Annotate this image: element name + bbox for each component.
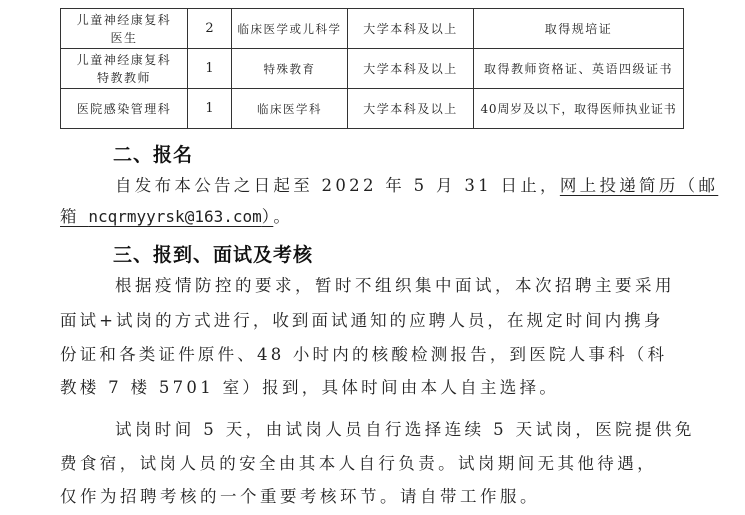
cell-position: 儿童神经康复科特教教师 — [61, 49, 188, 89]
registration-period: 。 — [273, 207, 293, 226]
email-link[interactable]: 箱 ncqrmyyrsk@163.com） — [60, 207, 273, 226]
cell-education: 大学本科及以上 — [348, 89, 474, 129]
interview-para2-line3: 仅作为招聘考核的一个重要考核环节。请自带工作服。 — [60, 486, 540, 508]
position-line: 儿童神经康复科 — [77, 53, 172, 67]
cell-position: 医院感染管理科 — [61, 89, 188, 129]
email-prefix: 箱 — [60, 207, 88, 226]
cell-education: 大学本科及以上 — [348, 49, 474, 89]
interview-para1-line4: 教楼 7 楼 5701 室）报到，具体时间由本人自主选择。 — [60, 377, 559, 399]
cell-requirement: 取得教师资格证、英语四级证书 — [474, 49, 684, 89]
cell-major: 临床医学或儿科学 — [232, 9, 348, 49]
document-page: 儿童神经康复科医生 2 临床医学或儿科学 大学本科及以上 取得规培证 儿童神经康… — [0, 0, 745, 515]
email-address: ncqrmyyrsk@163.com — [88, 207, 261, 226]
position-line: 特教教师 — [97, 71, 151, 85]
cell-education: 大学本科及以上 — [348, 9, 474, 49]
interview-para2-line1: 试岗时间 5 天，由试岗人员自行选择连续 5 天试岗，医院提供免 — [115, 419, 695, 441]
table-row: 儿童神经康复科医生 2 临床医学或儿科学 大学本科及以上 取得规培证 — [61, 9, 684, 49]
registration-text: 自发布本公告之日起至 2022 年 5 月 31 日止， — [115, 176, 560, 195]
email-close-paren: ） — [262, 207, 274, 226]
recruitment-table: 儿童神经康复科医生 2 临床医学或儿科学 大学本科及以上 取得规培证 儿童神经康… — [60, 8, 684, 129]
cell-count: 2 — [188, 9, 232, 49]
cell-major: 特殊教育 — [232, 49, 348, 89]
cell-count: 1 — [188, 89, 232, 129]
cell-position: 儿童神经康复科医生 — [61, 9, 188, 49]
cell-requirement: 40周岁及以下，取得医师执业证书 — [474, 89, 684, 129]
table-row: 医院感染管理科 1 临床医学科 大学本科及以上 40周岁及以下，取得医师执业证书 — [61, 89, 684, 129]
registration-line-2: 箱 ncqrmyyrsk@163.com）。 — [60, 206, 293, 228]
cell-count: 1 — [188, 49, 232, 89]
section-heading-registration: 二、报名 — [113, 140, 193, 167]
interview-para1-line2: 面试+试岗的方式进行，收到面试通知的应聘人员，在规定时间内携身 — [60, 310, 663, 332]
cell-major: 临床医学科 — [232, 89, 348, 129]
position-line: 儿童神经康复科 — [77, 13, 172, 27]
interview-para1-line1: 根据疫情防控的要求，暂时不组织集中面试，本次招聘主要采用 — [115, 275, 675, 297]
submit-resume-link[interactable]: 网上投递简历（邮 — [560, 176, 718, 195]
interview-para1-line3: 份证和各类证件原件、48 小时内的核酸检测报告，到医院人事科（科 — [60, 344, 667, 366]
cell-requirement: 取得规培证 — [474, 9, 684, 49]
registration-line-1: 自发布本公告之日起至 2022 年 5 月 31 日止，网上投递简历（邮 — [115, 175, 718, 197]
table-row: 儿童神经康复科特教教师 1 特殊教育 大学本科及以上 取得教师资格证、英语四级证… — [61, 49, 684, 89]
interview-para2-line2: 费食宿，试岗人员的安全由其本人自行负责。试岗期间无其他待遇， — [60, 453, 657, 475]
section-heading-interview: 三、报到、面试及考核 — [113, 240, 313, 267]
position-line: 医生 — [110, 31, 137, 45]
